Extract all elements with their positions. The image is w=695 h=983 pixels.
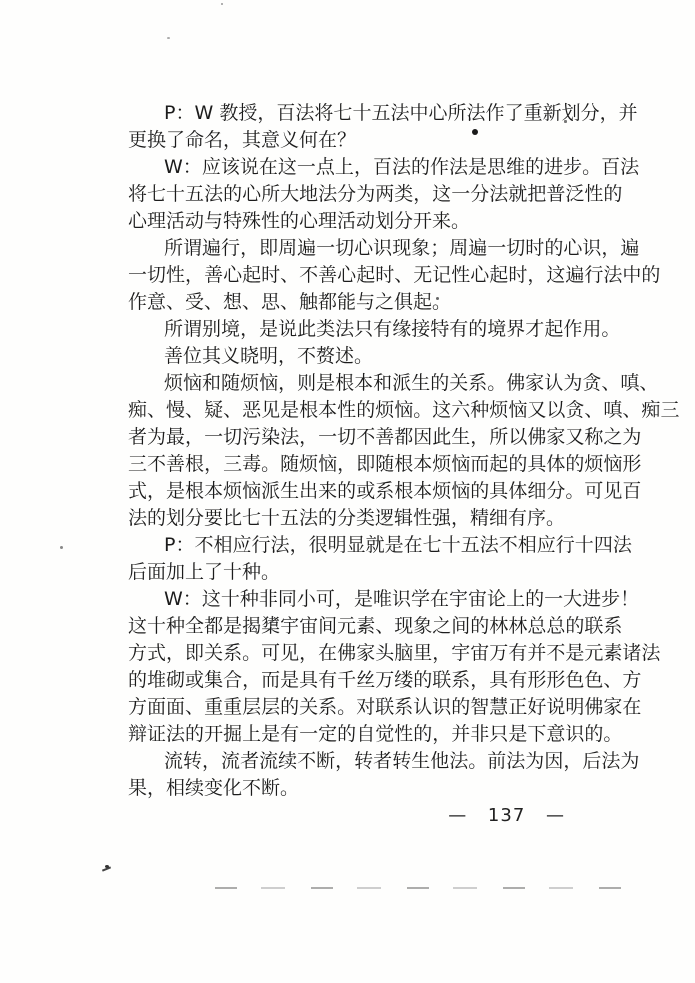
- text-line: 一切性，善心起时、不善心起时、无记性心起时，这遍行法中的: [128, 262, 583, 289]
- text-line: W：这十种非同小可，是唯识学在宇宙论上的一大进步！: [128, 586, 583, 613]
- text-line: 法的划分要比七十五法的分类逻辑性强，精细有序。: [128, 505, 583, 532]
- text-line: 痴、慢、疑、恶见是根本性的烦恼。这六种烦恼又以贪、嗔、痴三: [128, 397, 583, 424]
- text-line: 辩证法的开掘上是有一定的自觉性的，并非只是下意识的。: [128, 721, 583, 748]
- scanned-book-page: P：W 教授，百法将七十五法中心所法作了重新划分，并更换了命名，其意义何在？W：…: [0, 0, 695, 983]
- ink-speck: [436, 297, 439, 300]
- ink-speck: [472, 129, 478, 135]
- text-line: W：应该说在这一点上，百法的作法是思维的进步。百法: [128, 154, 583, 181]
- text-line: 方式，即关系。可见，在佛家头脑里，宇宙万有并不是元素诸法: [128, 640, 583, 667]
- page-text-block: P：W 教授，百法将七十五法中心所法作了重新划分，并更换了命名，其意义何在？W：…: [128, 100, 583, 802]
- text-line: 的堆砌或集合，而是具有千丝万缕的联系，具有形形色色、方: [128, 667, 583, 694]
- text-line: P：W 教授，百法将七十五法中心所法作了重新划分，并: [128, 100, 583, 127]
- ink-speck: [60, 546, 63, 549]
- text-line: 三不善根，三毒。随烦恼，即随根本烦恼而起的具体的烦恼形: [128, 451, 583, 478]
- ink-smudge: [100, 864, 112, 874]
- ink-speck: [564, 120, 567, 123]
- text-line: 所谓别境，是说此类法只有缘接特有的境界才起作用。: [128, 316, 583, 343]
- text-line: 后面加上了十种。: [128, 559, 583, 586]
- page-number: — 137 —: [128, 805, 565, 826]
- text-line: 者为最，一切污染法，一切不善都因此生，所以佛家又称之为: [128, 424, 583, 451]
- text-line: 这十种全都是揭橥宇宙间元素、现象之间的林林总总的联系: [128, 613, 583, 640]
- text-line: 方面面、重重层层的关系。对联系认识的智慧正好说明佛家在: [128, 694, 583, 721]
- text-line: P：不相应行法，很明显就是在七十五法不相应行十四法: [128, 532, 583, 559]
- page-number-text: — 137 —: [448, 805, 565, 826]
- text-line: 所谓遍行，即周遍一切心识现象；周遍一切时的心识，遍: [128, 235, 583, 262]
- ink-speck: [167, 37, 170, 39]
- text-line: 果，相续变化不断。: [128, 775, 583, 802]
- text-line: 善位其义晓明，不赘述。: [128, 343, 583, 370]
- text-line: 心理活动与特殊性的心理活动划分开来。: [128, 208, 583, 235]
- text-line: 更换了命名，其意义何在？: [128, 127, 583, 154]
- ink-speck: [221, 3, 223, 5]
- text-line: 作意、受、想、思、触都能与之俱起。: [128, 289, 583, 316]
- text-line: 流转，流者流续不断，转者转生他法。前法为因，后法为: [128, 748, 583, 775]
- text-line: 将七十五法的心所大地法分为两类，这一分法就把普泛性的: [128, 181, 583, 208]
- scan-smudge-line: [215, 887, 635, 889]
- text-line: 式，是根本烦恼派生出来的或系根本烦恼的具体细分。可见百: [128, 478, 583, 505]
- text-line: 烦恼和随烦恼，则是根本和派生的关系。佛家认为贪、嗔、: [128, 370, 583, 397]
